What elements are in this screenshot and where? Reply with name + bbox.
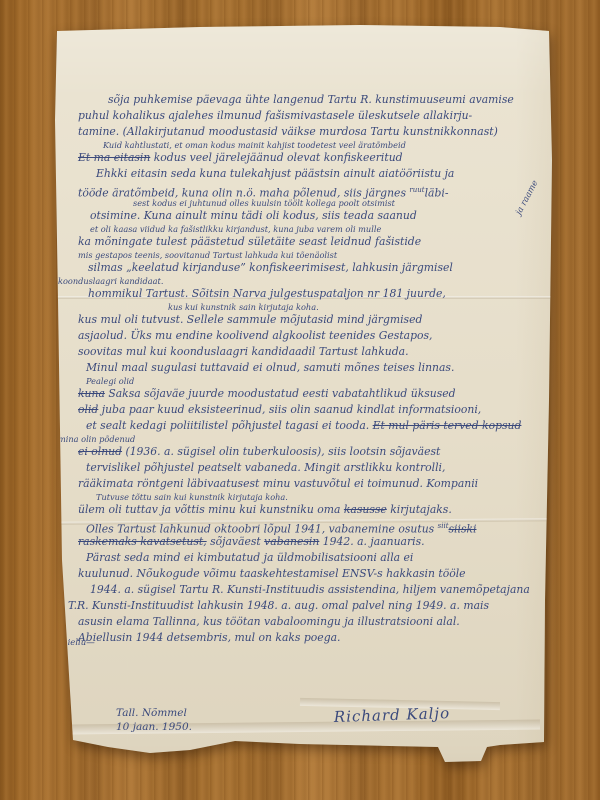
handwritten-text: et sealt kedagi poliitilistel põhjustel … [86, 419, 373, 432]
handwritten-text: otsimine. Kuna ainult minu tädi oli kodu… [90, 209, 344, 222]
handwritten-text: Saksa sõjaväe juurde moodustatud eesti v… [105, 387, 456, 400]
letter-paper-wrap: sõja puhkemise päevaga ühte langenud Tar… [0, 0, 600, 800]
letter-line: mina olin põdenud [58, 434, 534, 444]
letter-text: sõja puhkemise päevaga ühte langenud Tar… [78, 92, 534, 646]
letter-line: sest kodus ei juhtunud olles kuulsin töö… [133, 198, 534, 208]
letter-line: 1944. a. sügisel Tartu R. Kunsti-Institu… [90, 582, 534, 598]
handwritten-text: sest kodus ei juhtunud olles kuulsin töö… [133, 198, 395, 208]
letter-line: soovitas mul kui koonduslaagri kandidaad… [78, 344, 534, 360]
handwritten-text: asjaolud. Üks mu endine koolivend algkoo… [78, 329, 432, 342]
letter-line: Pärast seda mind ei kimbutatud ja üldmob… [86, 550, 534, 566]
letter-line: Et ma eitasin kodus veel järelejäänud ol… [78, 150, 534, 166]
handwritten-text: kuulunud. Nõukogude võimu taaskehtestami… [78, 567, 466, 580]
letter-line: T.R. Kunsti-Instituudist lahkusin 1948. … [68, 598, 534, 614]
letter-line: Ehkki eitasin seda kuna tulekahjust pääs… [96, 166, 534, 182]
letter-line: et oli kaasa viidud ka fašistlikku kirja… [90, 224, 534, 234]
struck-text: Et mul päris terved kopsud [373, 419, 522, 432]
handwritten-text: Ehkki eitasin seda kuna tulekahjust pääs… [96, 167, 454, 180]
handwritten-text: et oli kaasa viidud ka fašistlikku kirja… [90, 224, 381, 234]
letter-paper: sõja puhkemise päevaga ühte langenud Tar… [0, 0, 600, 800]
letter-line: Tutvuse tõttu sain kui kunstnik kirjutaj… [96, 492, 534, 502]
handwritten-text: Pealegi olid [86, 376, 134, 386]
handwritten-text: Kuid kahtlustati, et oman kodus mainit k… [103, 140, 406, 150]
handwritten-text: juba paar kuud eksisteerinud, siis olin … [98, 403, 481, 416]
letter-line: rääkimata röntgeni läbivaatusest minu va… [78, 476, 534, 492]
handwritten-text: kirjutajaks. [387, 503, 452, 516]
letter-line: tervislikel põhjustel peatselt vabaneda.… [86, 460, 534, 476]
handwritten-text: silmas „keelatud kirjanduse” konfiskeeri… [88, 261, 453, 274]
handwritten-text: Minul maal sugulasi tuttavaid ei olnud, … [86, 361, 454, 374]
letter-line: kus mul oli tutvust. Sellele sammule mõj… [78, 312, 534, 328]
handwritten-text: Pärast seda mind ei kimbutatud ja üldmob… [86, 551, 413, 564]
struck-text: siiski [449, 523, 477, 536]
struck-text: raskemaks kavatsetust, [78, 535, 207, 548]
struck-text: olid [78, 403, 98, 416]
letter-line: mis gestapos teenis, soovitanud Tartust … [78, 250, 534, 260]
letter-footer: Tall. Nõmmel 10 jaan. 1950. Richard Kalj… [78, 706, 498, 734]
letter-line: Kuid kahtlustati, et oman kodus mainit k… [103, 140, 534, 150]
handwritten-text: asusin elama Tallinna, kus töötan vabalo… [78, 615, 460, 628]
letter-line: tööde äratõmbeid, kuna olin n.ö. maha põ… [78, 182, 534, 198]
date: 10 jaan. 1950. [116, 720, 192, 734]
letter-line: asusin elama Tallinna, kus töötan vabalo… [78, 614, 534, 630]
letter-line: ka mõningate tulest päästetud sületäite … [78, 234, 534, 250]
struck-text: kasusse [344, 503, 387, 516]
letter-line: ülem oli tuttav ja võttis minu kui kunst… [78, 502, 534, 518]
handwritten-text: hommikul Tartust. Sõitsin Narva julgestu… [88, 287, 446, 300]
letter-line: Pealegi olid [86, 376, 534, 386]
signature: Richard Kaljo [333, 704, 450, 736]
handwritten-text: kus mul oli tutvust. Sellele sammule mõj… [78, 313, 422, 326]
handwritten-text: mis gestapos teenis, soovitanud Tartust … [78, 250, 337, 260]
letter-line: koonduslaagri kandidaat. [58, 276, 534, 286]
handwritten-text: rääkimata röntgeni läbivaatusest minu va… [78, 477, 478, 490]
photo-of-letter: { "colors": { "wood": "#a26d2e", "paper"… [0, 0, 600, 800]
handwritten-text: läbi- [425, 187, 449, 200]
handwritten-text: kodus veel järelejäänud olevat konfiskee… [150, 151, 402, 164]
handwritten-text: soovitas mul kui koonduslaagri kandidaad… [78, 345, 409, 358]
letter-line: Olles Tartust lahkunud oktoobri lõpul 19… [86, 518, 534, 534]
handwritten-text: ülem oli tuttav ja võttis minu kui kunst… [78, 503, 344, 516]
handwritten-text: puhul kohalikus ajalehes ilmunud fašismi… [78, 109, 472, 122]
margin-note-abiellu: Abiellu— [56, 638, 95, 648]
letter-line: tamine. (Allakirjutanud moodustasid väik… [78, 124, 534, 140]
letter-line: silmas „keelatud kirjanduse” konfiskeeri… [88, 260, 534, 276]
letter-line: olid juba paar kuud eksisteerinud, siis … [78, 402, 534, 418]
letter-line: asjaolud. Üks mu endine koolivend algkoo… [78, 328, 534, 344]
handwritten-text: tamine. (Allakirjutanud moodustasid väik… [78, 125, 498, 138]
handwritten-text: koonduslaagri kandidaat. [58, 276, 163, 286]
handwritten-text: teada saanud [344, 209, 417, 222]
handwritten-text: Abiellusin 1944 detsembris, mul on kaks … [78, 631, 340, 644]
struck-text: Et ma eitasin [78, 151, 150, 164]
handwritten-text: mina olin põdenud [58, 434, 135, 444]
place-date-block: Tall. Nõmmel 10 jaan. 1950. [116, 706, 192, 734]
letter-line: kus kui kunstnik sain kirjutaja koha. [168, 302, 534, 312]
place: Tall. Nõmmel [116, 706, 192, 720]
letter-line: puhul kohalikus ajalehes ilmunud fašismi… [78, 108, 534, 124]
letter-line: hommikul Tartust. Sõitsin Narva julgestu… [88, 286, 534, 302]
handwritten-text: (1936. a. sügisel olin tuberkuloosis), s… [122, 445, 440, 458]
letter-line: ei olnud (1936. a. sügisel olin tuberkul… [78, 444, 534, 460]
handwritten-text: 1942. a. jaanuaris. [319, 535, 424, 548]
struck-text: kuna [78, 387, 105, 400]
handwritten-text: ka mõningate tulest päästetud sületäite … [78, 235, 421, 248]
handwritten-text: sõjaväest [207, 535, 265, 548]
handwritten-text: 1944. a. sügisel Tartu R. Kunsti-Institu… [90, 583, 530, 596]
letter-line: kuna Saksa sõjaväe juurde moodustatud ee… [78, 386, 534, 402]
handwritten-text: sõja puhkemise päevaga ühte langenud Tar… [108, 93, 514, 106]
inserted-superscript: siit [438, 522, 449, 530]
struck-text: ei olnud [78, 445, 122, 458]
handwritten-text: tervislikel põhjustel peatselt vabaneda.… [86, 461, 445, 474]
handwritten-text: T.R. Kunsti-Instituudist lahkusin 1948. … [68, 599, 489, 612]
letter-line: et sealt kedagi poliitilistel põhjustel … [86, 418, 534, 434]
handwritten-text: Tutvuse tõttu sain kui kunstnik kirjutaj… [96, 492, 288, 502]
letter-line: sõja puhkemise päevaga ühte langenud Tar… [108, 92, 534, 108]
letter-line: otsimine. Kuna ainult minu tädi oli kodu… [90, 208, 534, 224]
handwritten-text: kus kui kunstnik sain kirjutaja koha. [168, 302, 319, 312]
inserted-superscript: ruut [409, 186, 424, 194]
letter-line: Minul maal sugulasi tuttavaid ei olnud, … [86, 360, 534, 376]
letter-line: Abiellusin 1944 detsembris, mul on kaks … [78, 630, 534, 646]
letter-line: raskemaks kavatsetust, sõjaväest vabanes… [78, 534, 534, 550]
struck-text: vabanesin [264, 535, 319, 548]
letter-line: kuulunud. Nõukogude võimu taaskehtestami… [78, 566, 534, 582]
